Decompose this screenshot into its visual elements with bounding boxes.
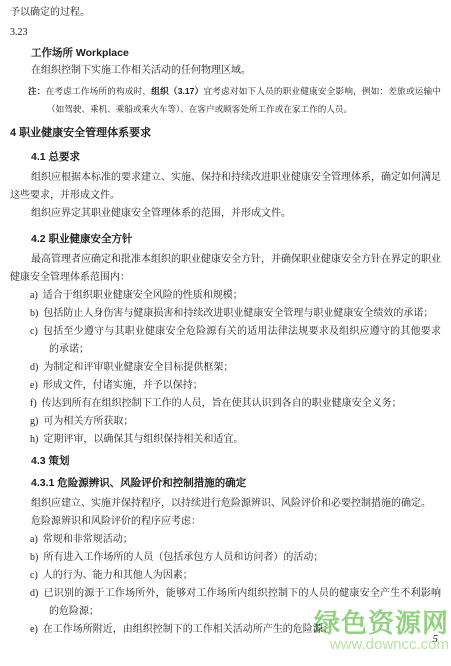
note-text-pre: 在考虑工作场所的构成时， bbox=[46, 86, 152, 96]
list-item-4-3-1-a: a)常规和非常规活动； bbox=[49, 531, 441, 549]
list-item-4-2-c: c)包括至少遵守与其职业健康安全危险源有关的适用法律法规要求及组织应遵守的其他要… bbox=[49, 323, 441, 359]
note-text-bold-ref: 组织（3.17） bbox=[151, 86, 203, 96]
section-4-3-heading: 4.3 策划 bbox=[31, 452, 441, 470]
section-4-1-paragraph-2: 组织应界定其职业健康安全管理体系的范围，并形成文件。 bbox=[10, 205, 441, 223]
list-item-4-3-1-d: d)已识别的源于工作场所外，能够对工作场所内组织控制下的人员的健康安全产生不利影… bbox=[49, 585, 441, 621]
section-4-3-1-paragraph-2: 危险源辨识和风险评价的程序应考虑： bbox=[10, 513, 441, 531]
term-definition: 在组织控制下实施工作相关活动的任何物理区域。 bbox=[10, 62, 441, 80]
section-4-2-heading: 4.2 职业健康安全方针 bbox=[31, 230, 441, 248]
term-title: 工作场所 Workplace bbox=[31, 44, 441, 62]
list-item-4-2-a: a)适合于组织职业健康安全风险的性质和规模； bbox=[49, 287, 441, 305]
chapter-4-heading: 4 职业健康安全管理体系要求 bbox=[10, 124, 441, 142]
list-item-4-2-f: f)传达到所有在组织控制下工作的人员，旨在使其认识到各自的职业健康安全义务； bbox=[49, 395, 441, 413]
section-4-3-1-heading: 4.3.1 危险源辨识、风险评价和控制措施的确定 bbox=[31, 474, 441, 492]
section-4-1-heading: 4.1 总要求 bbox=[31, 148, 441, 166]
list-item-4-2-b: b)包括防止人身伤害与健康损害和持续改进职业健康安全管理与职业健康安全绩效的承诺… bbox=[49, 305, 441, 323]
document-page: 予以确定的过程。 3.23 工作场所 Workplace 在组织控制下实施工作相… bbox=[0, 0, 451, 666]
term-note: 注：在考虑工作场所的构成时，组织（3.17）宜考虑对如下人员的职业健康安全影响，… bbox=[47, 82, 441, 118]
list-item-4-2-e: e)形成文件，付诸实施，并予以保持； bbox=[49, 377, 441, 395]
section-4-3-1-paragraph-1: 组织应建立、实施并保持程序，以持续进行危险源辨识、风险评价和必要控制措施的确定。 bbox=[10, 495, 441, 513]
section-4-1-paragraph-1: 组织应根据本标准的要求建立、实施、保持和持续改进职业健康安全管理体系，确定如何满… bbox=[10, 169, 441, 205]
document-content: 予以确定的过程。 3.23 工作场所 Workplace 在组织控制下实施工作相… bbox=[10, 4, 441, 639]
list-item-4-2-g: g)可为相关方所获取； bbox=[49, 413, 441, 431]
term-number: 3.23 bbox=[10, 24, 441, 42]
note-label: 注： bbox=[28, 86, 46, 96]
page-number: 5 bbox=[433, 633, 439, 645]
list-item-4-3-1-e: e)在工作场所附近，由组织控制下的工作相关活动所产生的危险源； bbox=[49, 621, 441, 639]
list-item-4-3-1-b: b)所有进入工作场所的人员（包括承包方人员和访问者）的活动； bbox=[49, 549, 441, 567]
section-4-2-intro: 最高管理者应确定和批准本组织的职业健康安全方针，并确保职业健康安全方针在界定的职… bbox=[10, 251, 441, 287]
watermark-site-url: www.downcc.com bbox=[314, 637, 449, 653]
continuation-paragraph: 予以确定的过程。 bbox=[10, 4, 441, 22]
list-item-4-2-h: h)定期评审，以确保其与组织保持相关和适宜。 bbox=[49, 431, 441, 449]
list-item-4-2-d: d)为制定和评审职业健康安全目标提供框架； bbox=[49, 359, 441, 377]
list-item-4-3-1-c: c)人的行为、能力和其他人为因素； bbox=[49, 567, 441, 585]
